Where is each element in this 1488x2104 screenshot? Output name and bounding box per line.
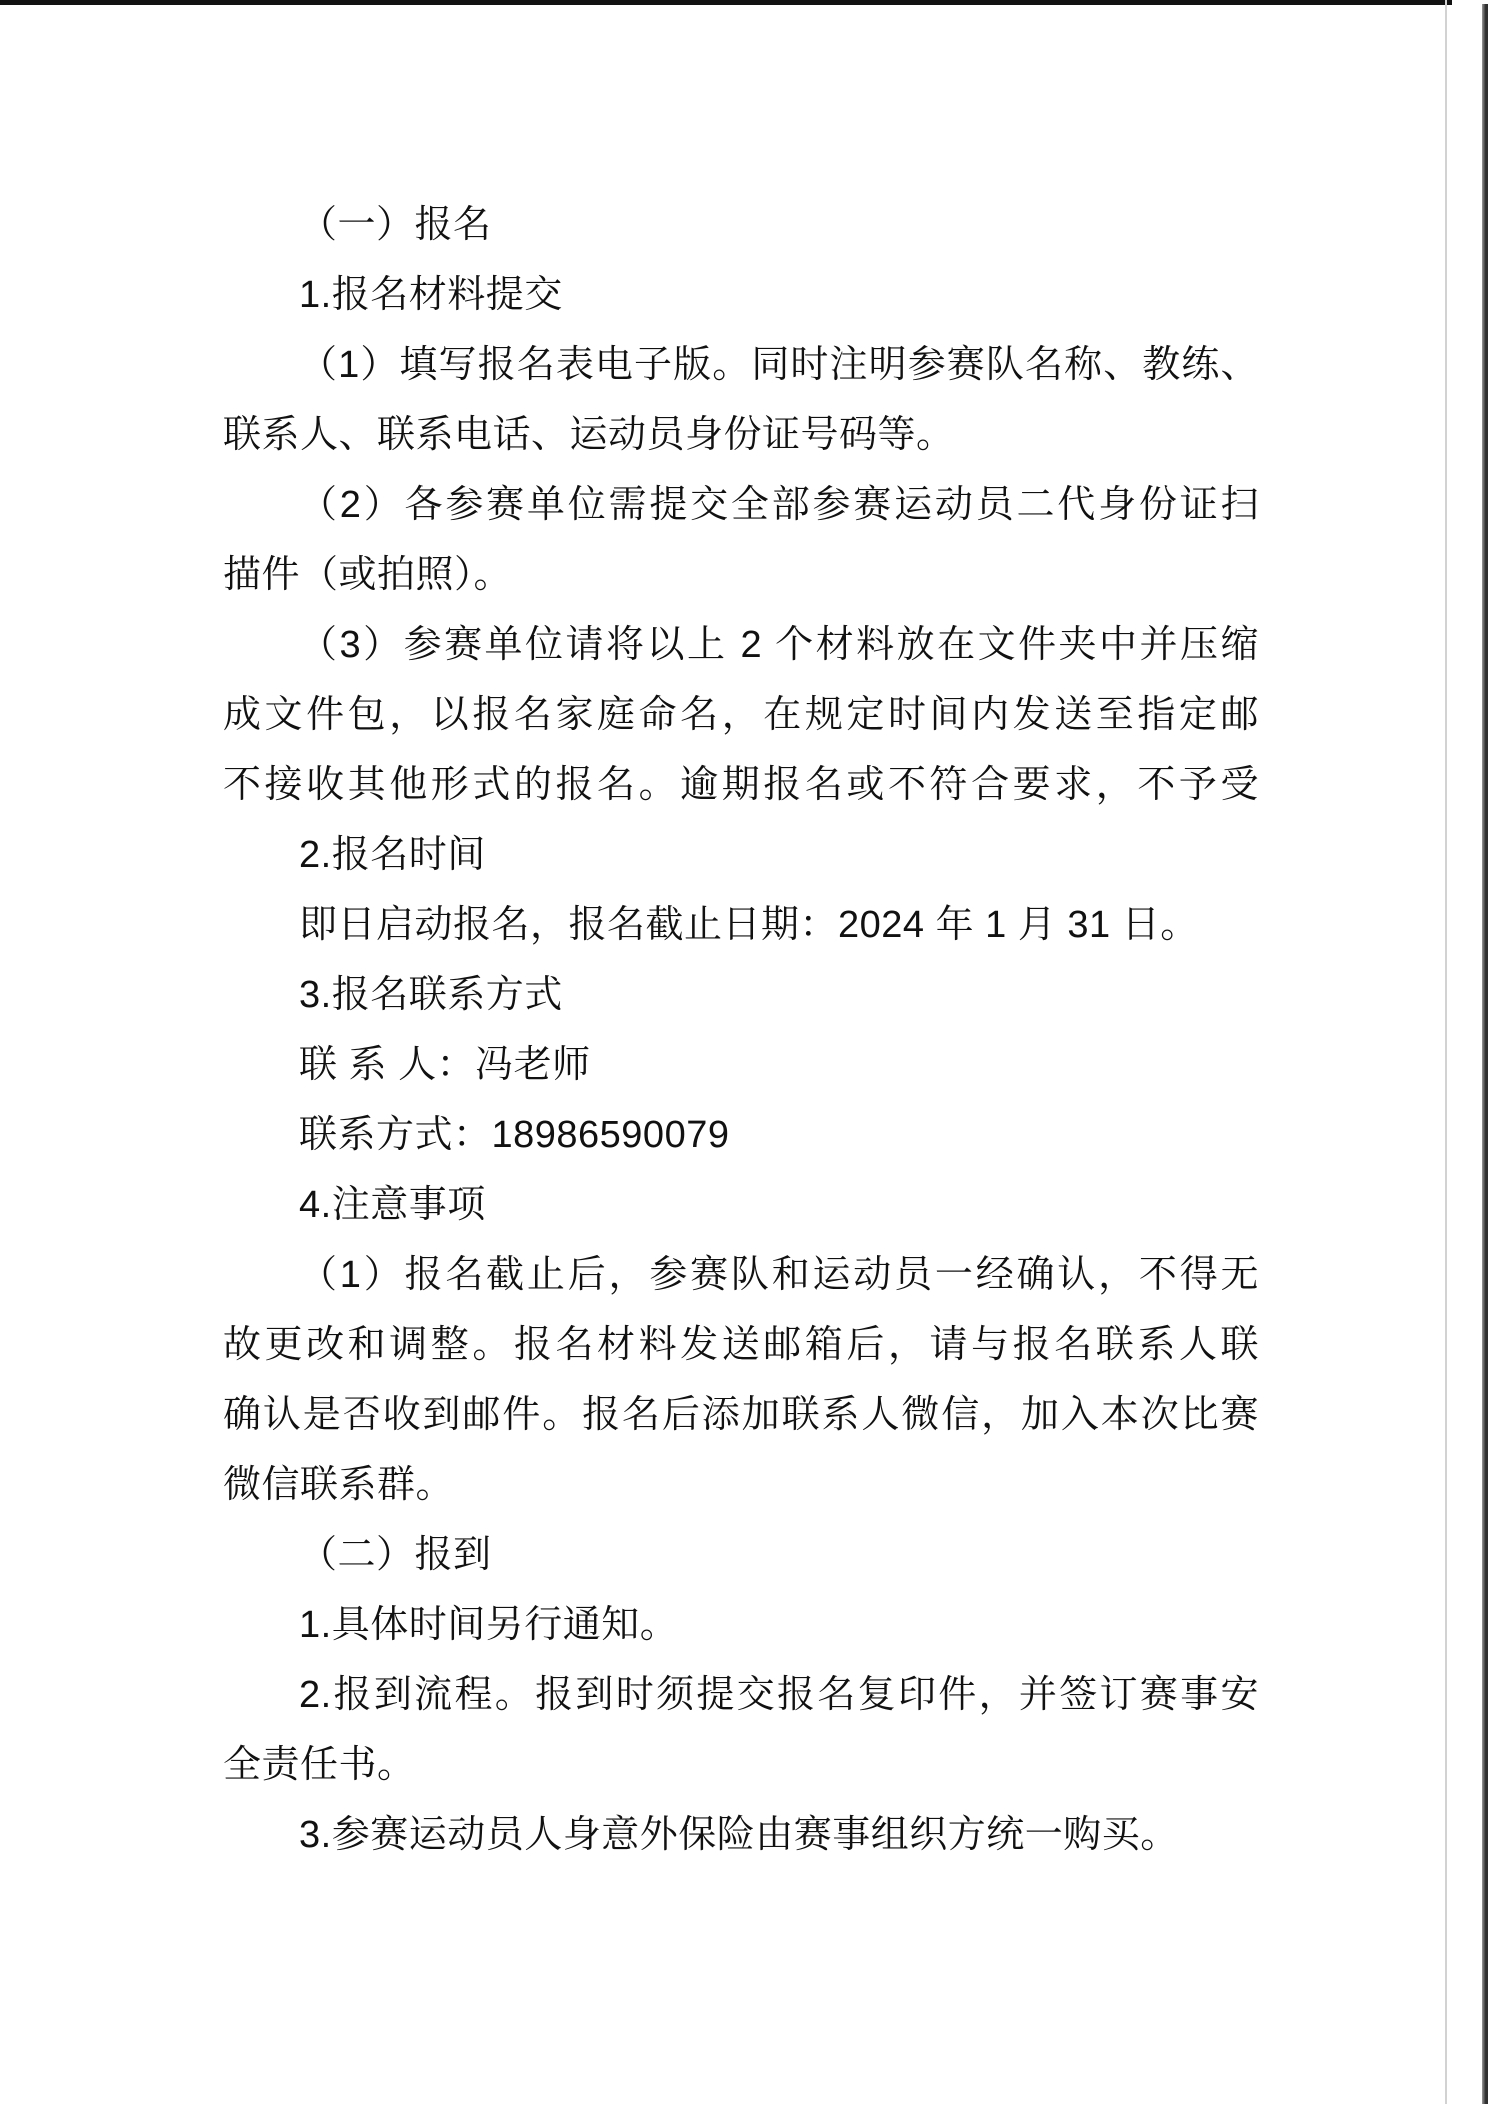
text-line: 3.参赛运动员人身意外保险由赛事组织方统一购买。 [223, 1800, 1259, 1870]
text-line: （二）报到 [223, 1520, 1259, 1590]
text-line: 全责任书。 [223, 1730, 1259, 1800]
text-line: 描件（或拍照）。 [223, 540, 1259, 610]
text-line: 联系人、联系电话、运动员身份证号码等。 [223, 400, 1259, 470]
text-line: 故更改和调整。报名材料发送邮箱后，请与报名联系人联系， [223, 1310, 1259, 1380]
document-body: （一）报名1.报名材料提交（1）填写报名表电子版。同时注明参赛队名称、教练、联系… [223, 190, 1259, 1870]
text-line: （1）填写报名表电子版。同时注明参赛队名称、教练、 [223, 330, 1259, 400]
text-line: 确认是否收到邮件。报名后添加联系人微信，加入本次比赛 [223, 1380, 1259, 1450]
page-fold-line [1445, 0, 1447, 2104]
text-line: 1.报名材料提交 [223, 260, 1259, 330]
text-line: 4.注意事项 [223, 1170, 1259, 1240]
scan-edge-right [1482, 4, 1488, 2104]
text-line: 1.具体时间另行通知。 [223, 1590, 1259, 1660]
text-line: 2.报到流程。报到时须提交报名复印件，并签订赛事安 [223, 1660, 1259, 1730]
text-line: 成文件包，以报名家庭命名，在规定时间内发送至指定邮箱， [223, 680, 1259, 750]
text-line: （一）报名 [223, 190, 1259, 260]
text-line: 联 系 人：冯老师 [223, 1030, 1259, 1100]
text-line: （2）各参赛单位需提交全部参赛运动员二代身份证扫 [223, 470, 1259, 540]
text-line: （1）报名截止后，参赛队和运动员一经确认，不得无 [223, 1240, 1259, 1310]
text-line: 联系方式：18986590079 [223, 1100, 1259, 1170]
scan-edge-top [0, 0, 1452, 5]
text-line: 微信联系群。 [223, 1450, 1259, 1520]
text-line: 3.报名联系方式 [223, 960, 1259, 1030]
text-line: 2.报名时间 [223, 820, 1259, 890]
document-page: （一）报名1.报名材料提交（1）填写报名表电子版。同时注明参赛队名称、教练、联系… [0, 0, 1488, 2104]
text-line: （3）参赛单位请将以上 2 个材料放在文件夹中并压缩 [223, 610, 1259, 680]
text-line: 不接收其他形式的报名。逾期报名或不符合要求，不予受理。 [223, 750, 1259, 820]
text-line: 即日启动报名，报名截止日期：2024 年 1 月 31 日。 [223, 890, 1259, 960]
